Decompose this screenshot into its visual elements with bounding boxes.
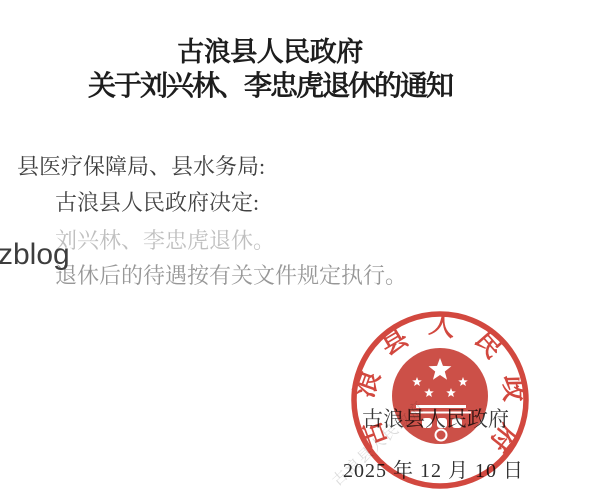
zblog-watermark: zblog xyxy=(0,238,70,272)
doc-title-subject: 关于刘兴林、李忠虎退休的通知 xyxy=(0,64,540,104)
official-seal: 古浪县人民政府 xyxy=(348,308,532,492)
decision-item-line: 刘兴林、李忠虎退休。 xyxy=(55,224,275,255)
treatment-note-line: 退休后的待遇按有关文件规定执行。 xyxy=(55,259,407,290)
document-page: 古浪县人民政府 关于刘兴林、李忠虎退休的通知 县医疗保障局、县水务局: 古浪县人… xyxy=(0,0,591,500)
recipients-line: 县医疗保障局、县水务局: xyxy=(17,150,265,181)
national-emblem-icon xyxy=(392,348,488,444)
decision-intro-line: 古浪县人民政府决定: xyxy=(55,186,259,217)
